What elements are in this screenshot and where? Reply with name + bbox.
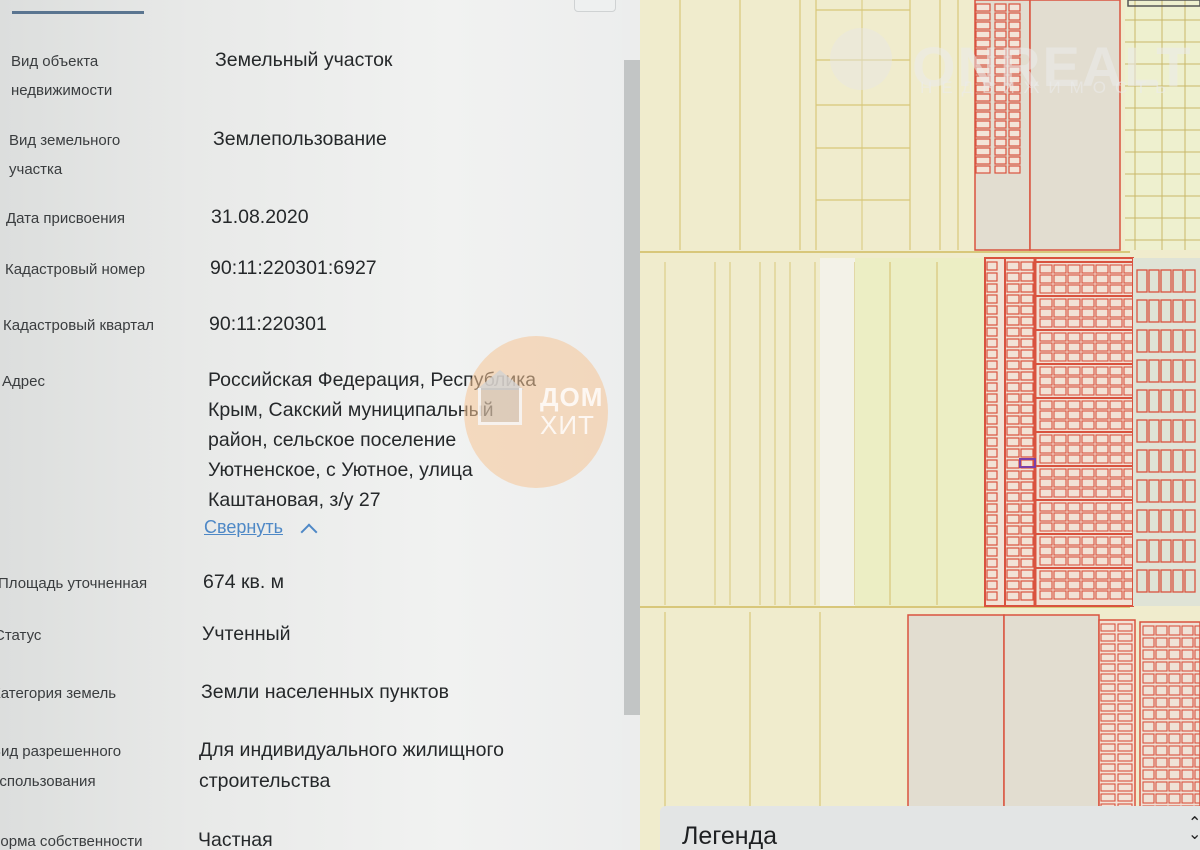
detail-value[interactable]: Уютненское, с Уютное, улица <box>208 455 473 485</box>
detail-label: Кадастровый номер <box>5 255 145 284</box>
detail-label: Площадь уточненная <box>0 569 147 598</box>
legend-expand-icon[interactable]: ⌃⌄ <box>1188 818 1198 840</box>
detail-label: Вид земельного <box>9 126 120 155</box>
chevron-up-icon[interactable] <box>301 524 318 541</box>
detail-label: недвижимости <box>11 76 112 105</box>
detail-label: Вид объекта <box>11 47 98 76</box>
house-roof-icon <box>476 370 524 390</box>
onrealt-logo-icon <box>830 28 892 90</box>
detail-value[interactable]: район, сельское поселение <box>208 425 456 455</box>
detail-value[interactable]: строительства <box>199 766 330 796</box>
scrollbar-thumb[interactable] <box>624 60 640 715</box>
detail-value[interactable]: Землепользование <box>213 124 387 154</box>
legend-title: Легенда <box>682 822 777 850</box>
active-tab-indicator <box>12 11 144 14</box>
watermark-text-line2: ХИТ <box>540 410 595 441</box>
detail-label: Адрес <box>2 367 45 396</box>
detail-label: Кадастровый квартал <box>3 311 154 340</box>
detail-label: Вид разрешенного <box>0 737 121 766</box>
detail-value[interactable]: Каштановая, з/у 27 <box>208 485 381 515</box>
detail-label: Форма собственности <box>0 827 143 850</box>
watermark-text-line1: ДОМ <box>540 382 603 413</box>
detail-value[interactable]: 90:11:220301 <box>209 309 327 339</box>
detail-value[interactable]: 31.08.2020 <box>211 202 309 232</box>
detail-value[interactable]: 674 кв. м <box>203 567 284 597</box>
detail-value[interactable]: Учтенный <box>202 619 291 649</box>
detail-value[interactable]: Частная <box>198 825 273 850</box>
collapse-link[interactable]: Свернуть <box>204 517 283 538</box>
map-watermark-subtitle: НЕДВИЖИМОСТЬ <box>920 78 1175 98</box>
detail-value[interactable]: Крым, Сакский муниципальный <box>208 395 494 425</box>
detail-label: участка <box>9 155 62 184</box>
panel-top-button[interactable] <box>574 0 616 12</box>
info-panel: Вид объектанедвижимостиЗемельный участок… <box>0 0 640 850</box>
detail-value[interactable]: 90:11:220301:6927 <box>210 253 377 283</box>
legend-panel[interactable]: Легенда ⌃⌄ <box>660 806 1200 850</box>
detail-label: использования <box>0 767 96 796</box>
detail-value[interactable]: Земельный участок <box>215 45 392 75</box>
detail-label: Категория земель <box>0 679 116 708</box>
house-icon <box>478 388 522 425</box>
cadastral-map[interactable]: ONREALT НЕДВИЖИМОСТЬ <box>640 0 1200 850</box>
detail-label: Статус <box>0 621 41 650</box>
map-canvas[interactable] <box>640 0 1200 850</box>
detail-label: Дата присвоения <box>6 204 125 233</box>
detail-value[interactable]: Для индивидуального жилищного <box>199 735 504 765</box>
detail-value[interactable]: Земли населенных пунктов <box>201 677 449 707</box>
